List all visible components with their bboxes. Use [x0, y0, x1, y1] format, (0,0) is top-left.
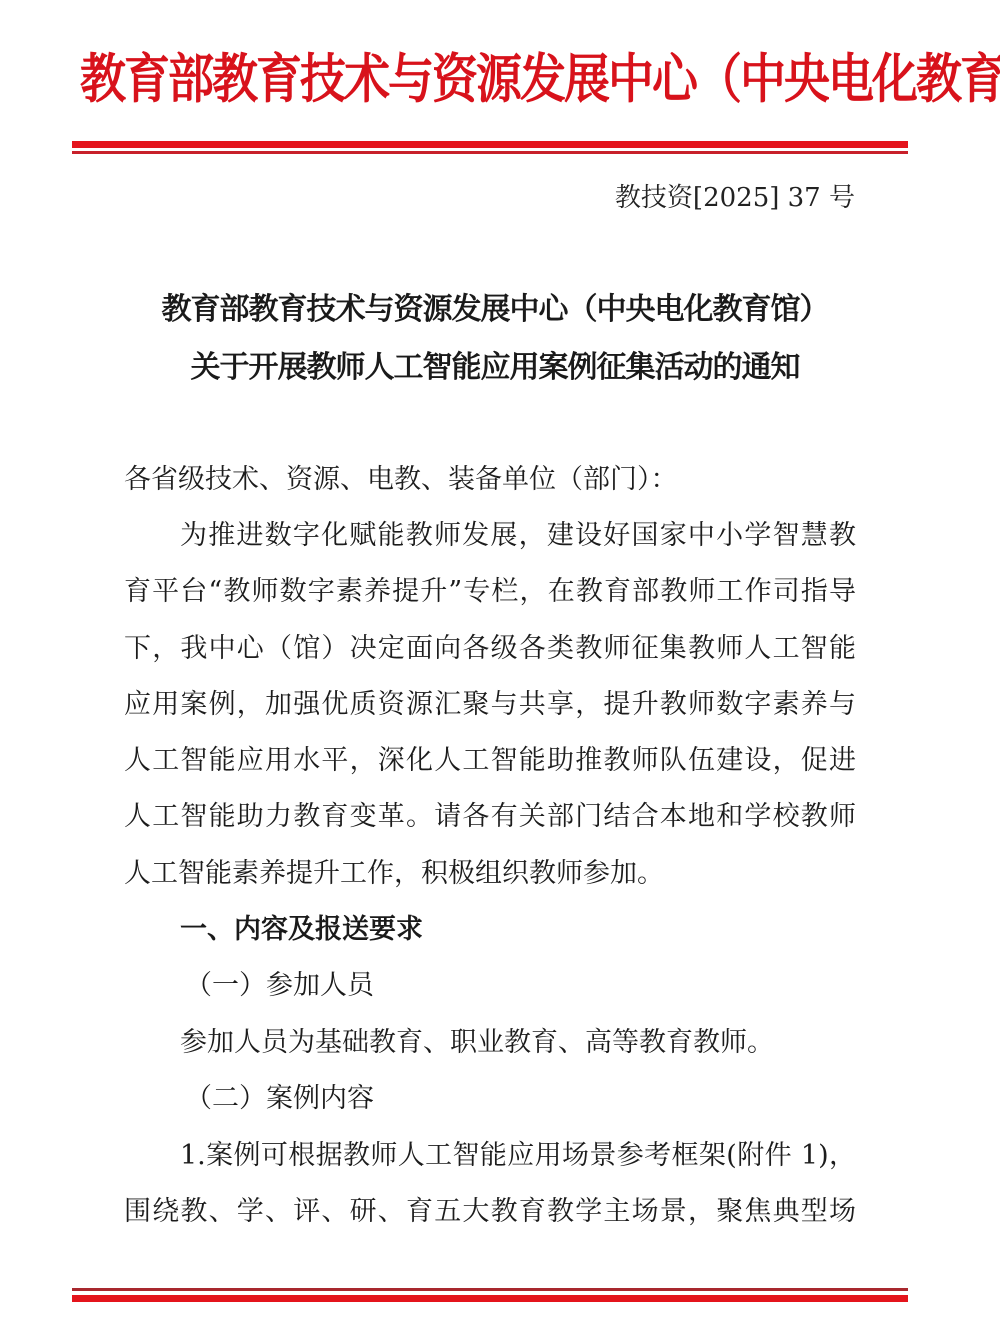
section-heading-1: 一、内容及报送要求 [180, 912, 423, 948]
letterhead-rule-thin [72, 151, 908, 154]
intro-line: 育平台“教师数字素养提升”专栏，在教育部教师工作司指导 [124, 574, 856, 610]
case-content-line: 围绕教、学、评、研、育五大教育教学主场景，聚焦典型场 [124, 1194, 856, 1230]
document-number: 教技资[2025] 37 号 [615, 180, 855, 216]
case-content-line: 1.案例可根据教师人工智能应用场景参考框架(附件 1)， [180, 1138, 856, 1174]
letterhead-title: 教育部教育技术与资源发展中心（中央电化教育馆）函件 [80, 42, 910, 116]
document-title-line-1: 教育部教育技术与资源发展中心（中央电化教育馆） [110, 290, 880, 330]
footer-rule-thin [72, 1288, 908, 1291]
intro-line: 下，我中心（馆）决定面向各级各类教师征集教师人工智能 [124, 631, 856, 667]
subsection-heading-case-content: （二）案例内容 [185, 1081, 374, 1117]
footer-rule-thick [72, 1295, 908, 1302]
intro-line: 应用案例，加强优质资源汇聚与共享，提升教师数字素养与 [124, 687, 856, 723]
salutation: 各省级技术、资源、电教、装备单位（部门）： [124, 462, 856, 498]
document-title-line-2: 关于开展教师人工智能应用案例征集活动的通知 [110, 348, 880, 388]
intro-line: 人工智能素养提升工作，积极组织教师参加。 [124, 856, 856, 892]
subsection-heading-participants: （一）参加人员 [185, 968, 374, 1004]
intro-line: 为推进数字化赋能教师发展，建设好国家中小学智慧教 [180, 518, 856, 554]
participants-text: 参加人员为基础教育、职业教育、高等教育教师。 [180, 1025, 856, 1061]
intro-line: 人工智能应用水平，深化人工智能助推教师队伍建设，促进 [124, 743, 856, 779]
letterhead-rule-thick [72, 141, 908, 148]
intro-line: 人工智能助力教育变革。请各有关部门结合本地和学校教师 [124, 799, 856, 835]
